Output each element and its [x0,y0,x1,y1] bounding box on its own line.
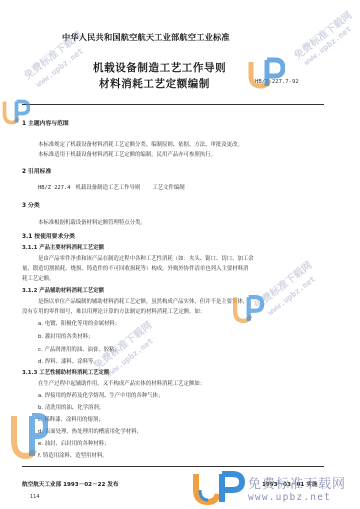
section-1-para2: 本标准适用于机载设备材料消耗工艺定额的编制。民用产品亦可参照执行。 [38,150,216,158]
up-brand-logo-icon [192,470,246,506]
document-title-line2: 材料消耗工艺定额编制 [99,76,210,91]
page-number: 114 [30,494,40,500]
standard-title: 中华人民共和国航空航天工业部航空工业标准 [62,32,230,43]
list-item: d. 焊料、漆料、涂料等。 [38,357,99,365]
document-page: 中华人民共和国航空航天工业部航空工业标准 机载设备制造工艺工作导则 材料消耗工艺… [0,0,360,509]
up-logo-icon [0,92,30,132]
up-logo-icon [8,410,48,462]
list-item: b. 灌封用的各类材料； [38,332,93,340]
list-item: d. 表面处理、热处理用的槽液用化学材料； [38,427,142,435]
section-3-1-1-line2: 量、锻造切割损耗、烧损、铸造件的不可回收损耗等）构成。外购外协件清单也列入主要材… [22,264,248,272]
list-item: c. 产品润滑用的油、油膏、胶粘； [38,345,120,353]
watermark-url: www.upbz.net [104,336,155,379]
section-3-para: 本标准根据机载设备材料定额管理特点分类。 [38,218,146,226]
reference-title: 机载设备制造工艺工作导则 [76,185,141,191]
list-item: a. 电镀、阳极化等用的金属材料； [38,319,120,327]
section-3-1-3-heading: 3.1.3 工艺性辅助材料消耗工艺定额 [22,368,109,376]
list-item: a. 焊接用的焊药及化学熔剂、生产中用的各种气体； [38,391,163,399]
up-logo-icon [245,52,285,92]
brand-url: www.upbz.net [248,492,331,503]
brand-name: 免费标准下载网 [248,473,346,492]
section-3-1-1-heading: 3.1.1 产品主要材料消耗工艺定额 [22,243,104,251]
watermark-url: www.upbz.net [266,274,317,317]
reference-subtitle: 工艺文件编制 [152,185,184,191]
section-3-1-heading: 3.1 按使用要求分类 [22,231,75,240]
watermark-text: 免费标准下载网 [290,7,354,62]
issue-date: 航空航天工业部 1993－02－22 发布 [22,480,119,488]
watermark-url: www.upbz.net [302,24,353,67]
section-3-1-1-line1: 是由产品零件净重和该产品在制造过程中各种工艺性消耗（如：夹头、锯口、切口、加工余 [38,254,254,262]
footer-rule [22,466,324,467]
list-item: e. 油封、启封用的各种材料； [38,439,109,447]
section-3-1-3-line1: 在生产过程中起辅助作用，又不构成产品实体的材料消耗工艺定额如： [38,379,205,387]
section-3-heading: 3 分类 [22,200,40,209]
reference-entry: HB/Z 227.4 机载设备制造工艺工作导则 工艺文件编制 [38,183,185,191]
section-3-1-1-line3: 耗工艺定额。 [22,274,54,282]
section-3-1-2-heading: 3.1.2 产品辅助材料消耗工艺定额 [22,286,104,294]
document-title-line1: 机载设备制造工艺工作导则 [93,60,226,75]
section-1-para1: 本标准规定了机载设备材料消耗工艺定额分类、编制原则、依据、方法、审批及更改。 [38,140,243,148]
section-3-1-2-line1: 是指以单位产品编制的辅助材料消耗工艺定额。虽然构成产品实体，但并不是主要实体， [38,297,248,305]
header-rule [22,104,324,105]
up-logo-icon [230,290,264,328]
section-2-heading: 2 引用标准 [22,166,51,175]
watermark-url: www.upbz.net [34,46,85,89]
section-3-1-2-line2: 没有专用的零件图号，难以用理论计算的方法制定的材料消耗工艺定额。如： [22,307,205,315]
list-item: f. 铸造用涂料、造型用材料。 [38,451,108,459]
reference-code: HB/Z 227.4 [38,185,70,191]
